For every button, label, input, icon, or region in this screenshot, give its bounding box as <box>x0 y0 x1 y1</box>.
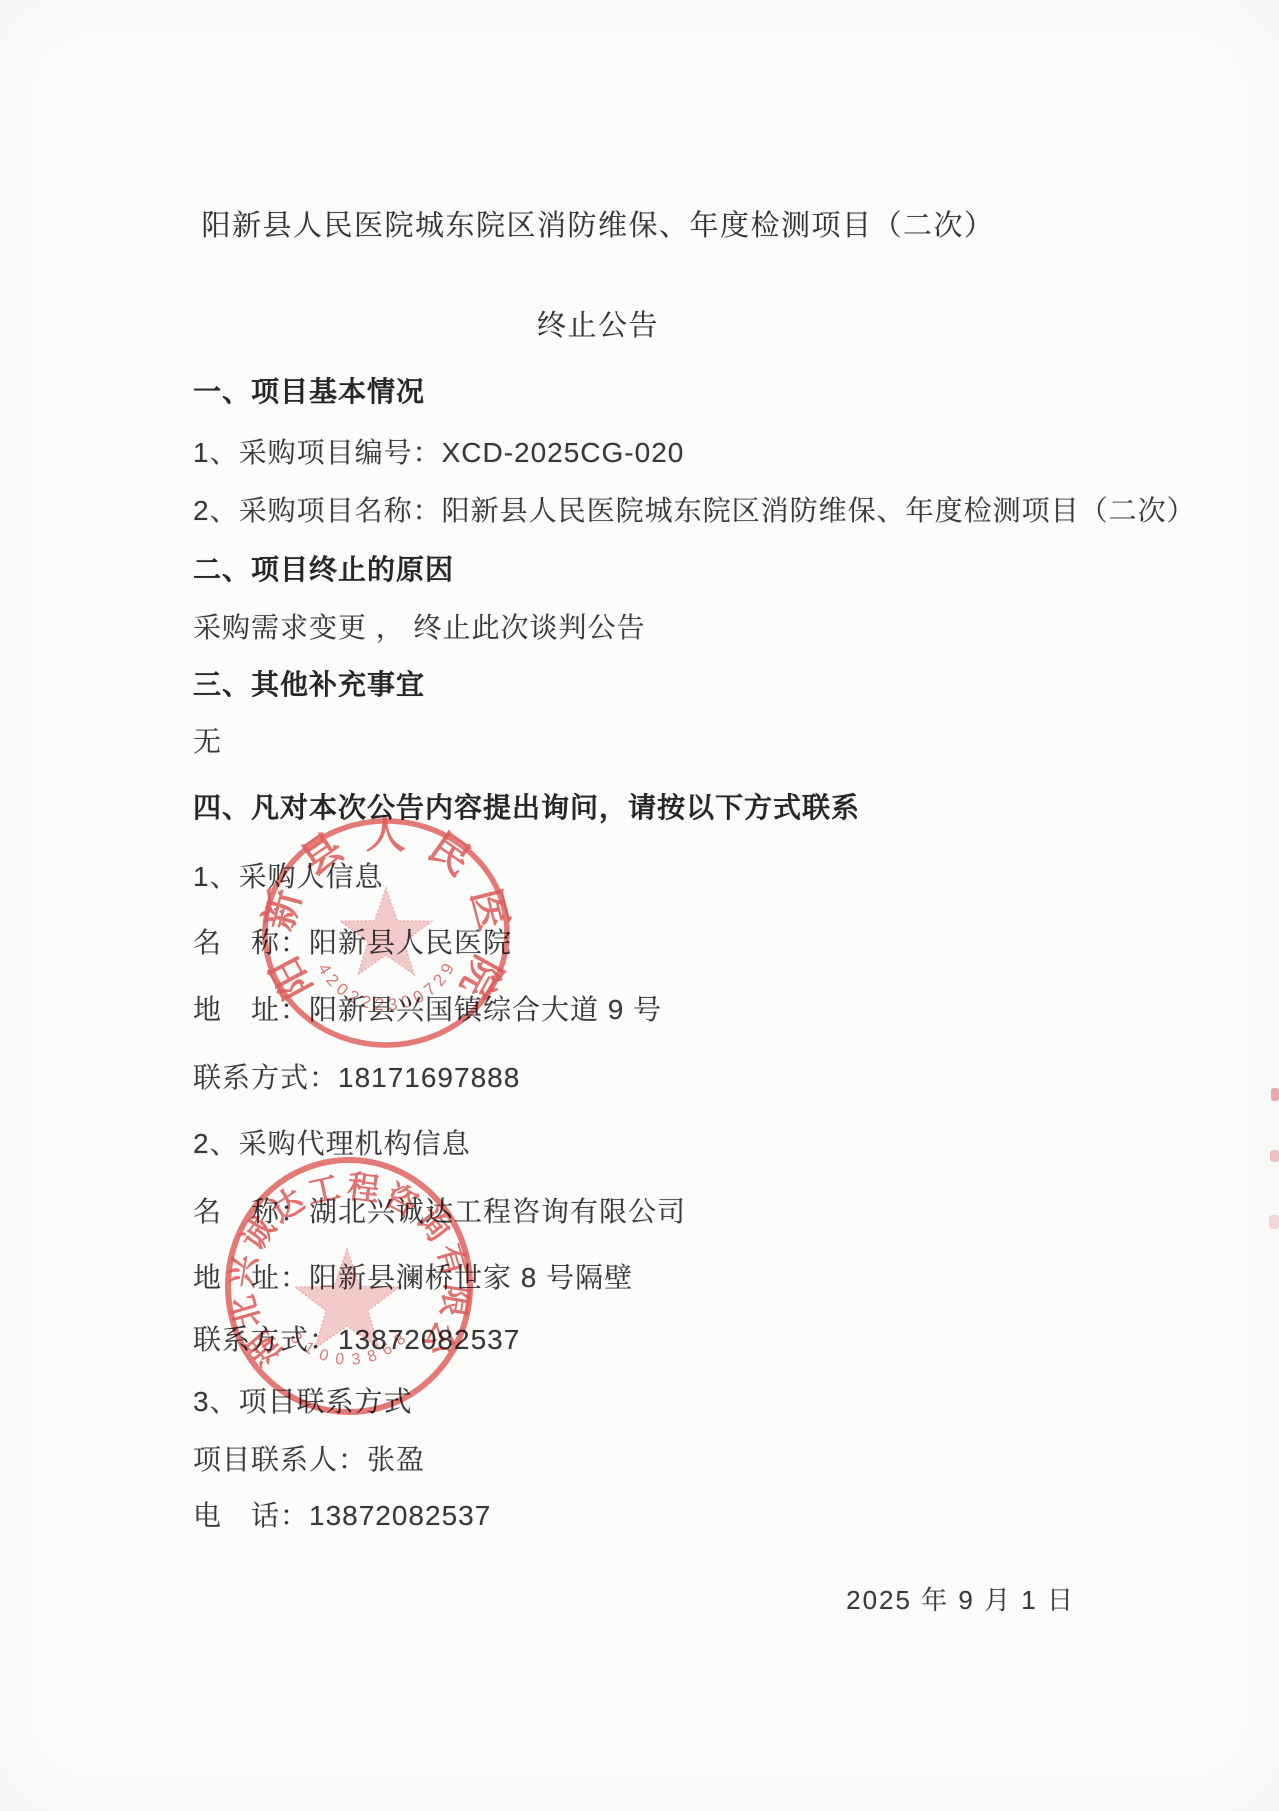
star-icon <box>340 888 431 975</box>
agency-seal-stamp: 湖北兴诚达工程咨询有限公司 310038688 <box>220 1154 478 1418</box>
document-subtitle: 终止公告 <box>0 303 1196 344</box>
section-3-heading: 三、其他补充事宜 <box>193 663 425 703</box>
scan-artifact <box>1270 1150 1279 1162</box>
scan-artifact <box>1271 1088 1279 1101</box>
supplement-line: 无 <box>193 720 222 760</box>
project-contact-person-line: 项目联系人：张盈 <box>193 1438 425 1478</box>
announcement-page: 阳新县人民医院城东院区消防维保、年度检测项目（二次） 终止公告 一、项目基本情况… <box>0 0 1279 1811</box>
star-icon <box>295 1249 400 1349</box>
project-number-line: 1、采购项目编号：XCD-2025CG-020 <box>193 431 684 471</box>
section-1-heading: 一、项目基本情况 <box>193 370 425 410</box>
purchaser-contact-line: 联系方式：18171697888 <box>193 1056 520 1096</box>
hospital-seal-stamp: 阳新县人民医院 420222300729 <box>256 814 516 1052</box>
document-title: 阳新县人民医院城东院区消防维保、年度检测项目（二次） <box>0 203 1196 244</box>
project-phone-line: 电 话：13872082537 <box>193 1494 491 1534</box>
svg-text:420222300729: 420222300729 <box>314 959 459 1015</box>
announcement-date: 2025 年 9 月 1 日 <box>0 1580 1075 1617</box>
scan-artifact <box>1269 1215 1279 1229</box>
seal-code-text: 420222300729 <box>314 959 459 1015</box>
project-name-line: 2、采购项目名称：阳新县人民医院城东院区消防维保、年度检测项目（二次） <box>193 489 1196 529</box>
section-2-heading: 二、项目终止的原因 <box>193 548 454 588</box>
termination-reason-line: 采购需求变更 ， 终止此次谈判公告 <box>193 606 646 646</box>
